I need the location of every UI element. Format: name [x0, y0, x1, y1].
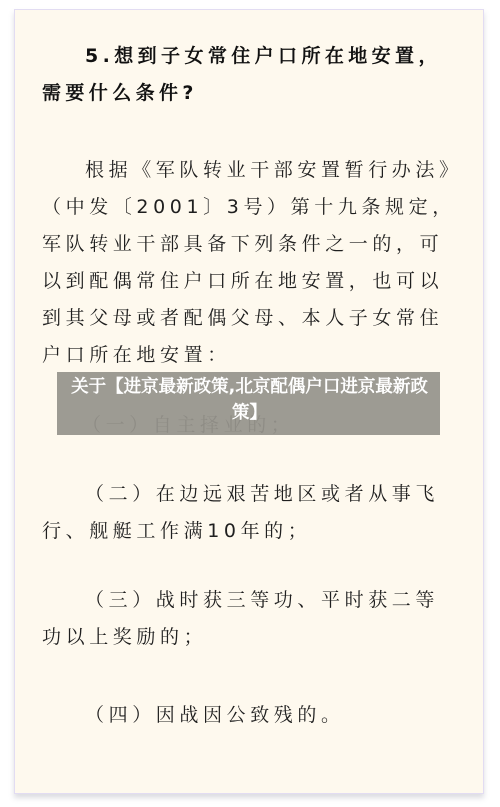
- section-heading: 5.想到子女常住户口所在地安置，需要什么条件?: [42, 38, 462, 112]
- condition-item-3: （三）战时获三等功、平时获二等功以上奖励的；: [42, 582, 462, 656]
- intro-paragraph: 根据《军队转业干部安置暂行办法》（中发〔2001〕3号）第十九条规定，军队转业干…: [42, 152, 462, 374]
- condition-item-4: （四）因战因公致残的。: [42, 697, 462, 734]
- image-caption-overlay[interactable]: 关于【进京最新政策,北京配偶户口进京最新政策】: [57, 372, 440, 435]
- caption-text: 关于【进京最新政策,北京配偶户口进京最新政策】: [71, 377, 428, 423]
- condition-item-2: （二）在边远艰苦地区或者从事飞行、舰艇工作满10年的；: [42, 476, 462, 550]
